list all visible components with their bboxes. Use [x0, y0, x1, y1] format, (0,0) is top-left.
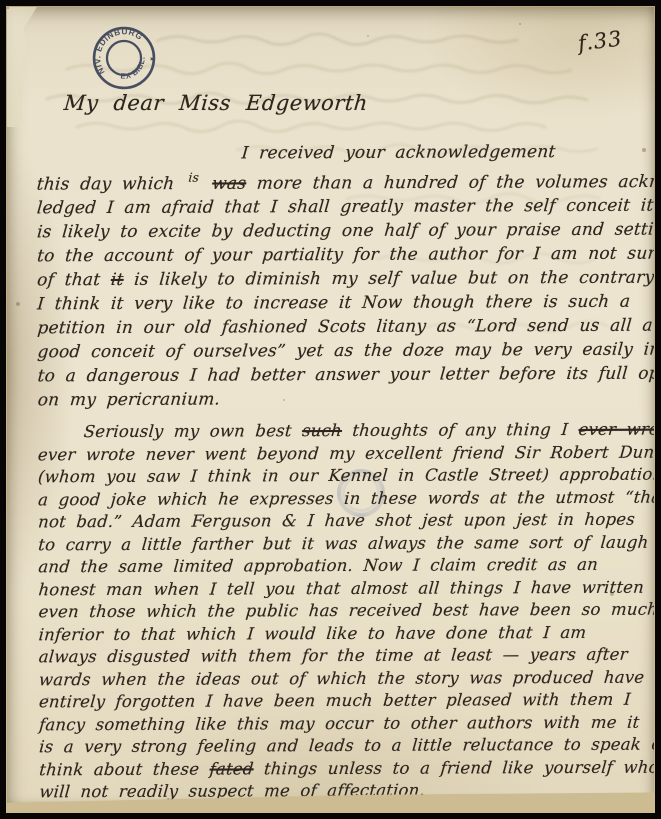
paper-specks: [7, 7, 9, 9]
manuscript-line: to a dangerous I had better answer your …: [37, 362, 642, 389]
manuscript-line: of that it is likely to diminish my self…: [36, 266, 641, 293]
letter-paragraph-1: I received your acknowledgementthis day …: [36, 140, 640, 413]
svg-text:EX BIBL.: EX BIBL.: [116, 52, 152, 87]
scanned-letter-photograph: UNIV. EDINBURGH EX BIBL. ✦ f.33 My dear …: [0, 0, 661, 819]
manuscript-line: on my pericranium.: [37, 386, 642, 413]
manuscript-line: always disgusted with them for the time …: [38, 644, 643, 669]
salutation: My dear Miss Edgeworth: [63, 91, 369, 115]
manuscript-line: ever wrote never went beyond my excellen…: [37, 442, 642, 467]
manuscript-line: good conceit of ourselves” yet as the do…: [37, 338, 642, 365]
manuscript-line: is likely to excite by deducting one hal…: [36, 218, 641, 245]
letter-body: I received your acknowledgementthis day …: [36, 140, 642, 804]
stamp-emblem-icon: ✦: [148, 55, 157, 64]
manuscript-line: this day which is was more than a hundre…: [36, 164, 642, 197]
manuscript-line: I received your acknowledgement: [36, 140, 641, 167]
manuscript-line: wards when the ideas out of which the st…: [38, 667, 643, 692]
manuscript-line: to carry a little farther but it was alw…: [37, 532, 642, 557]
manuscript-line: inferior to that which I would like to h…: [38, 622, 643, 647]
stamp-bottom-text: EX BIBL.: [116, 52, 152, 87]
manuscript-line: Seriously my own best such thoughts of a…: [37, 419, 642, 444]
manuscript-line: not bad.” Adam Ferguson & I have shot je…: [37, 509, 642, 534]
manuscript-line: ledged I am afraid that I shall greatly …: [36, 194, 641, 221]
manuscript-line: fancy something like this may occur to o…: [38, 712, 643, 737]
manuscript-line: I think it very like to increase it Now …: [36, 290, 641, 317]
manuscript-line: (whom you saw I think in our Kennel in C…: [37, 464, 642, 489]
manuscript-line: honest man when I tell you that almost a…: [38, 577, 643, 602]
manuscript-line: to the account of your partiality for th…: [36, 242, 641, 269]
manuscript-line: even those which the public has received…: [38, 599, 643, 624]
manuscript-line: and the same limited approbation. Now I …: [37, 554, 642, 579]
manuscript-line: entirely forgotten I have been much bett…: [38, 689, 643, 714]
manuscript-page: UNIV. EDINBURGH EX BIBL. ✦ f.33 My dear …: [7, 7, 654, 806]
manuscript-line: think about these fated things unless to…: [38, 757, 643, 782]
manuscript-line: is a very strong feeling and leads to a …: [38, 734, 643, 759]
letter-paragraph-2: Seriously my own best such thoughts of a…: [37, 419, 642, 804]
manuscript-line: a good joke which he expresses in these …: [37, 487, 642, 512]
manuscript-line: petition in our old fashioned Scots lita…: [36, 314, 641, 341]
